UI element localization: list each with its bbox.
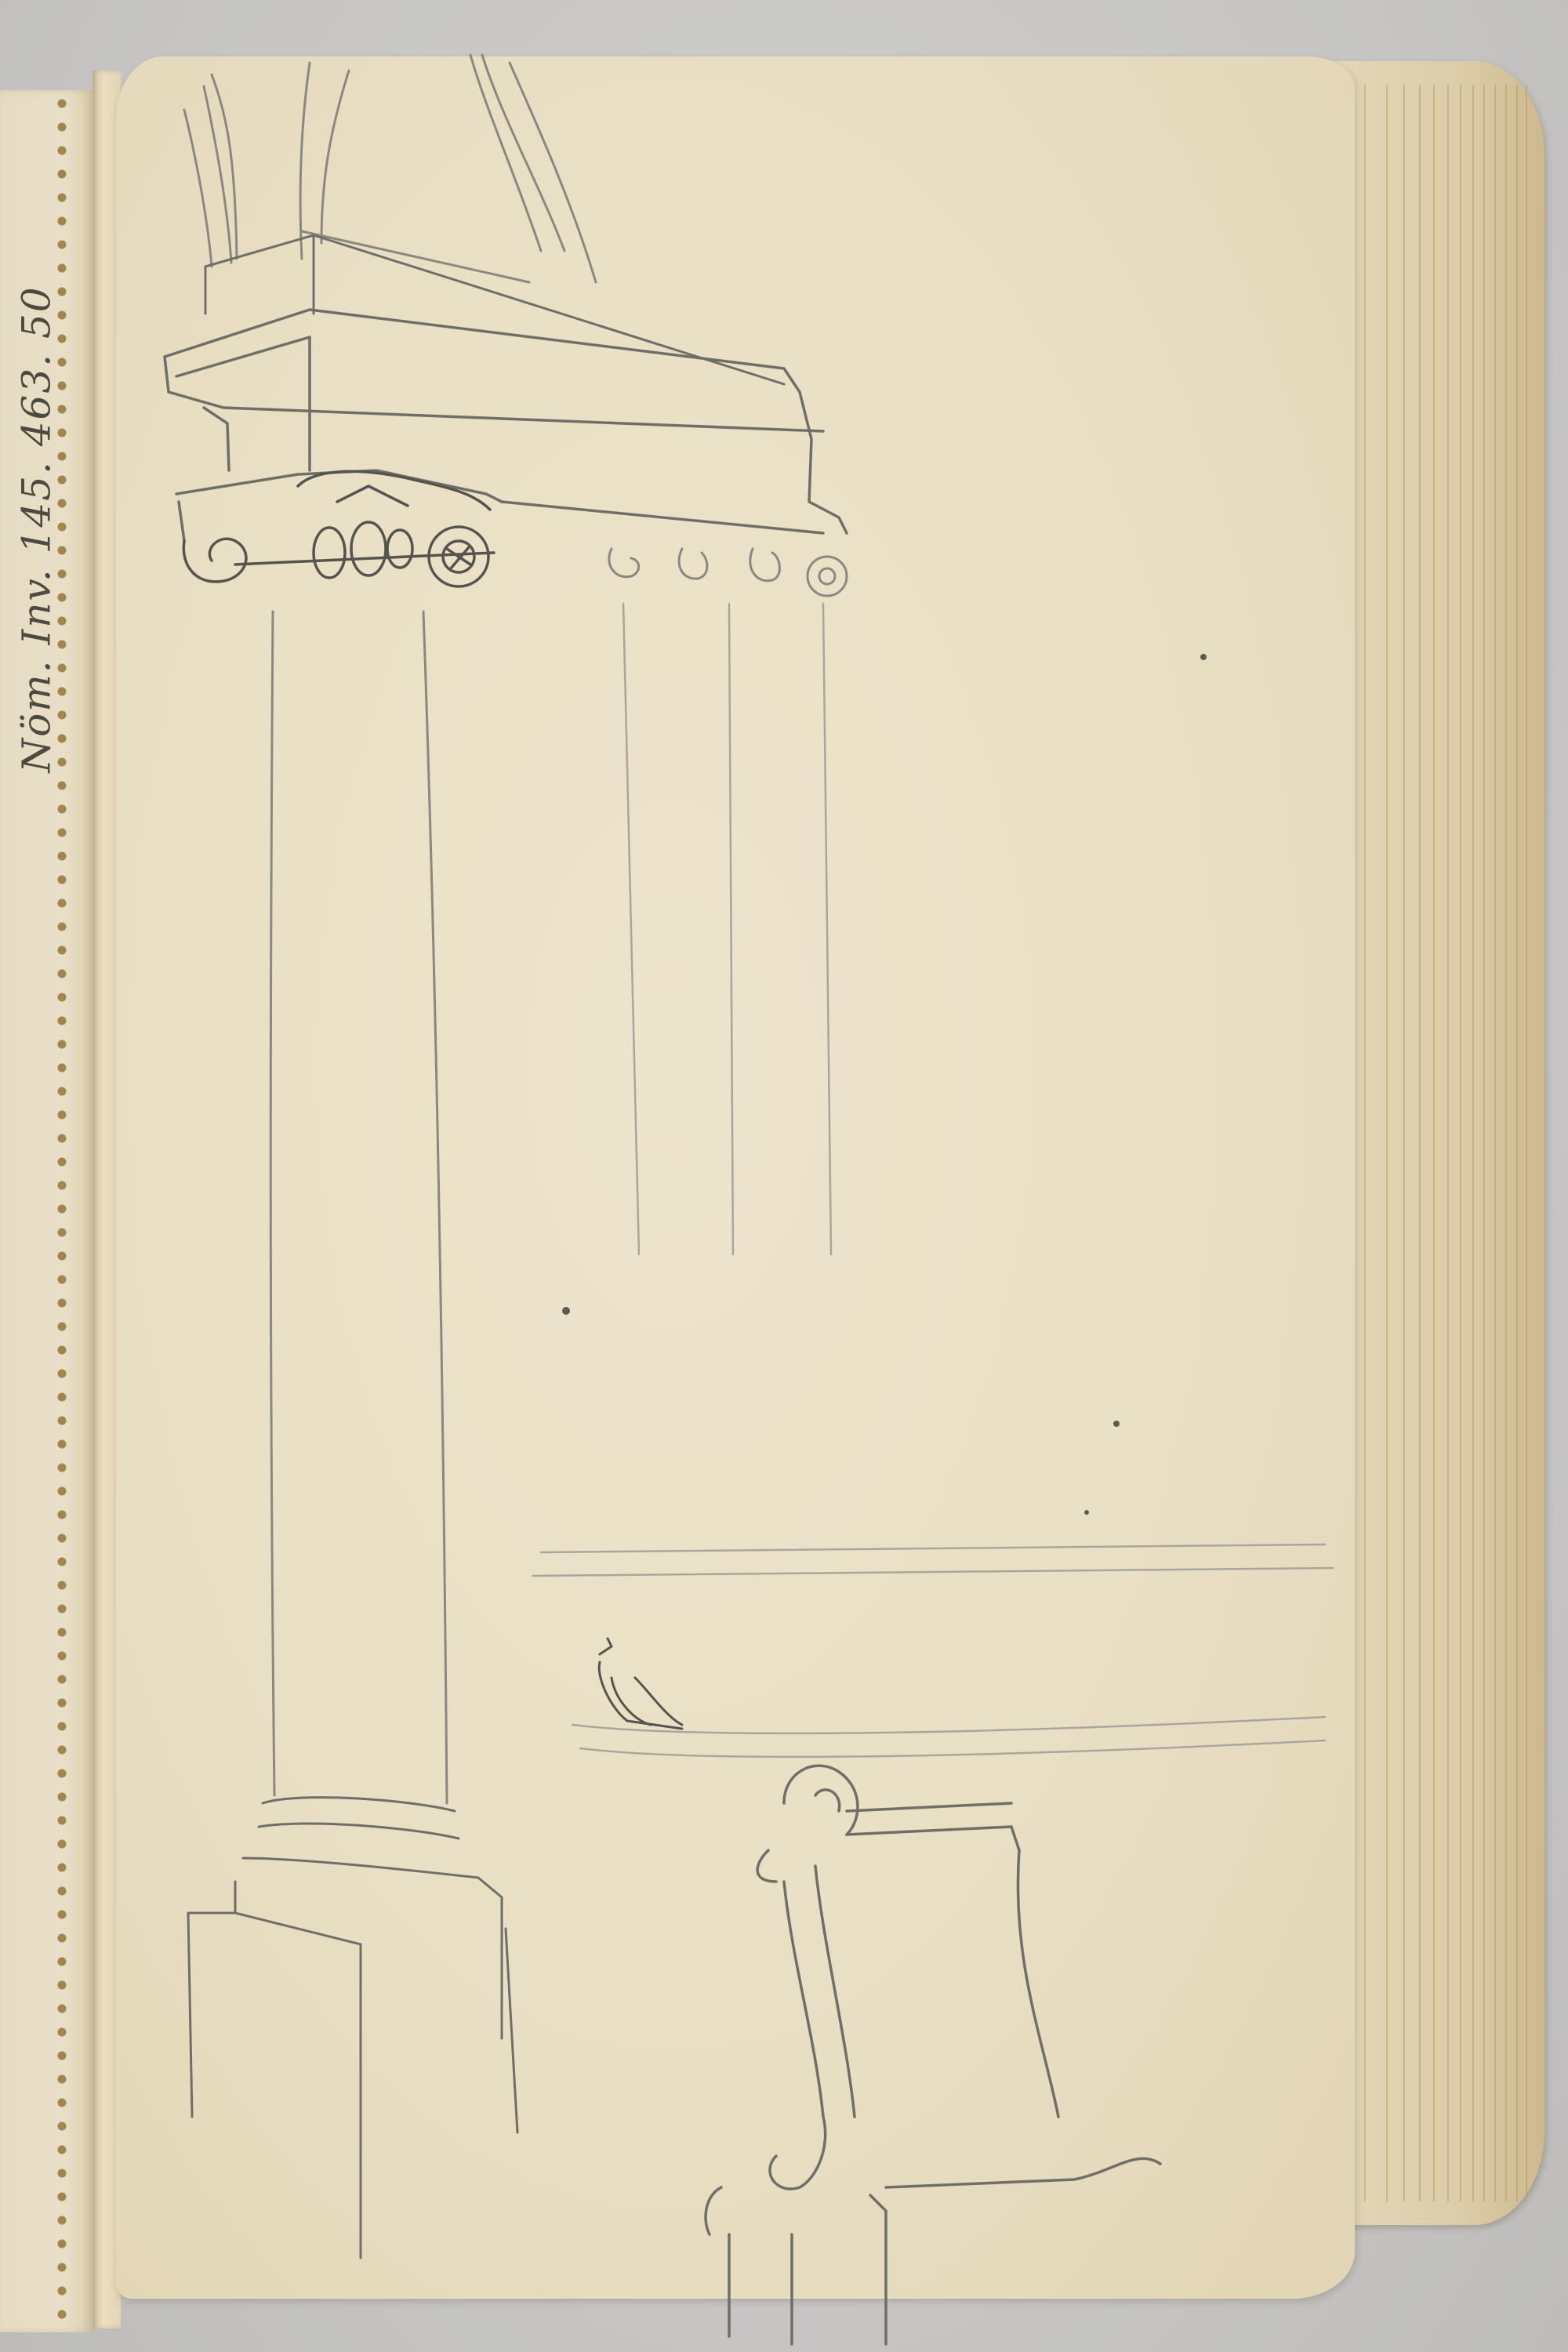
main-column-shaft [270,612,447,1803]
bird-sketch [599,1639,682,1729]
statue-plinth [205,235,784,384]
colonnade-shafts [623,604,831,1254]
ionic-capital [183,471,494,586]
pencil-drawing [0,0,1568,2352]
statue-drapery-sketch [184,55,596,282]
scroll-support [706,1766,1160,2344]
column-base [188,1798,517,2258]
paper-specks [562,654,1207,1515]
entablature [165,310,847,541]
colonnade-capitals [609,549,847,596]
